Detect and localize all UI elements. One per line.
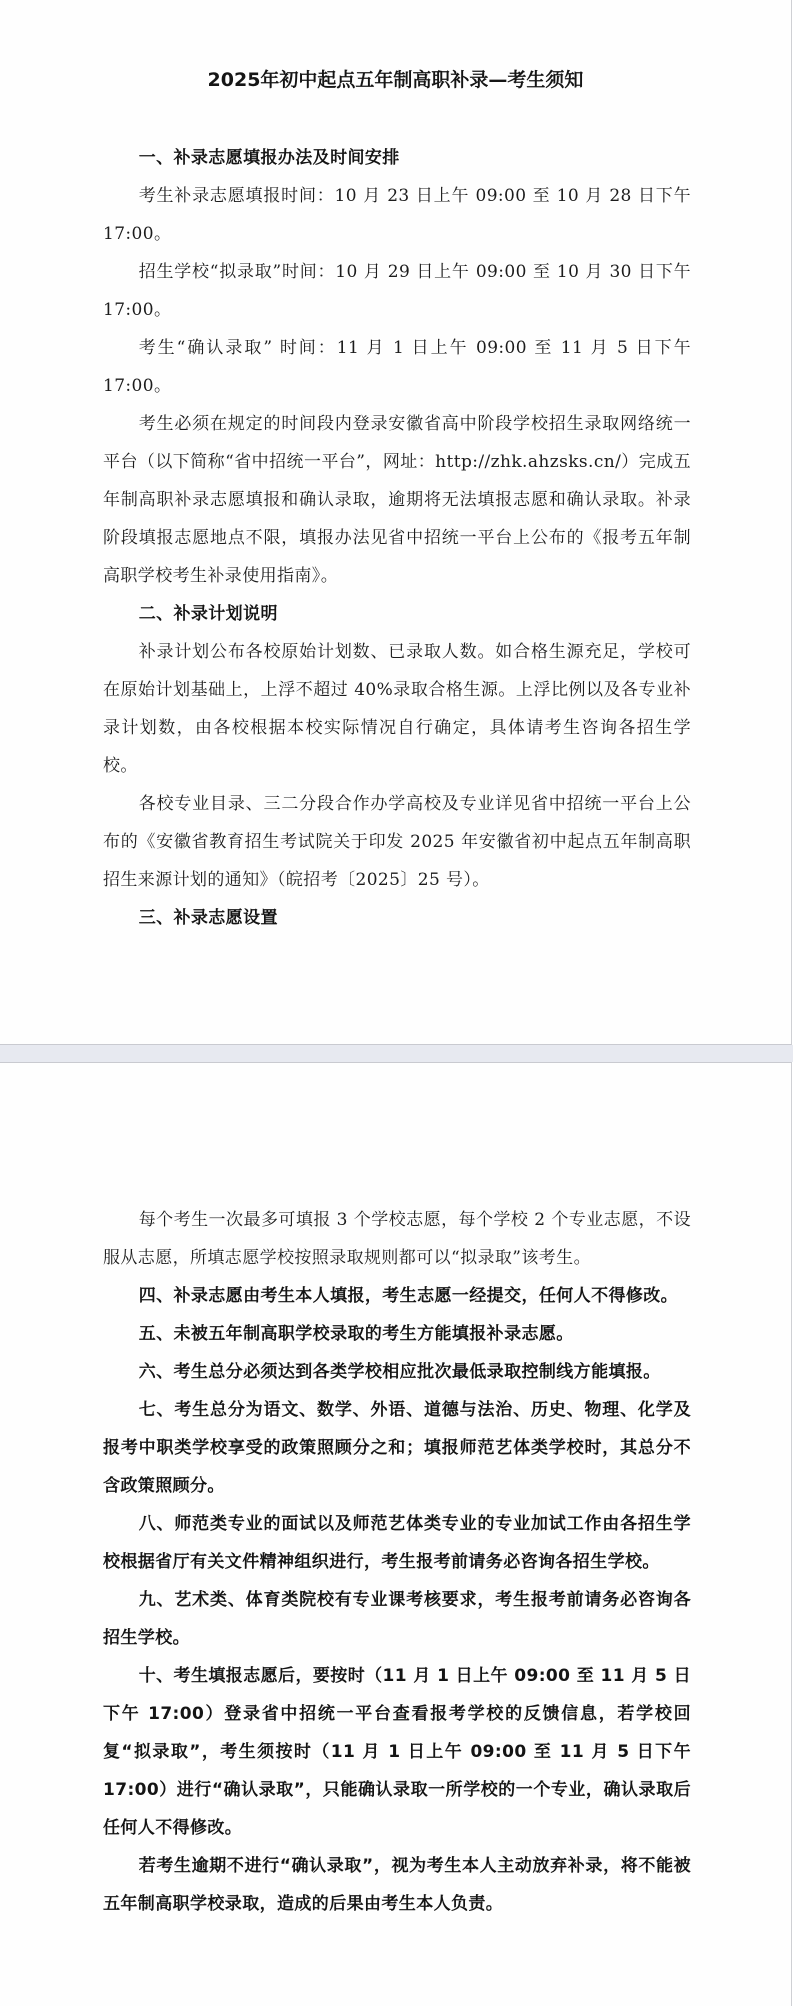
paragraph-plan-publication: 补录计划公布各校原始计划数、已录取人数。如合格生源充足，学校可在原始计划基础上，… — [103, 633, 691, 785]
page-break-separator — [0, 1045, 793, 1062]
paragraph-overdue-warning: 若考生逾期不进行“确认录取”，视为考生本人主动放弃补录，将不能被五年制高职学校录… — [103, 1847, 691, 1923]
paragraph-major-catalog: 各校专业目录、三二分段合作办学高校及专业详见省中招统一平台上公布的《安徽省教育招… — [103, 785, 691, 899]
rule-item-4: 四、补录志愿由考生本人填报，考生志愿一经提交，任何人不得修改。 — [103, 1277, 691, 1315]
rule-item-7: 七、考生总分为语文、数学、外语、道德与法治、历史、物理、化学及报考中职类学校享受… — [103, 1391, 691, 1505]
section-heading-1: 一、补录志愿填报办法及时间安排 — [103, 139, 691, 177]
paragraph-provisional-admission-time: 招生学校“拟录取”时间：10 月 29 日上午 09:00 至 10 月 30 … — [103, 253, 691, 329]
paragraph-platform-login: 考生必须在规定的时间段内登录安徽省高中阶段学校招生录取网络统一平台（以下简称“省… — [103, 405, 691, 595]
rule-item-9: 九、艺术类、体育类院校有专业课考核要求，考生报考前请务必咨询各招生学校。 — [103, 1581, 691, 1657]
paragraph-fill-time: 考生补录志愿填报时间：10 月 23 日上午 09:00 至 10 月 28 日… — [103, 177, 691, 253]
rule-item-5: 五、未被五年制高职学校录取的考生方能填报补录志愿。 — [103, 1315, 691, 1353]
rule-item-10: 十、考生填报志愿后，要按时（11 月 1 日上午 09:00 至 11 月 5 … — [103, 1657, 691, 1847]
page-2-content: 每个考生一次最多可填报 3 个学校志愿，每个学校 2 个专业志愿，不设服从志愿，… — [103, 1201, 691, 1923]
rule-item-8: 八、师范类专业的面试以及师范艺体类专业的专业加试工作由各招生学校根据省厅有关文件… — [103, 1505, 691, 1581]
paragraph-volunteer-limits: 每个考生一次最多可填报 3 个学校志愿，每个学校 2 个专业志愿，不设服从志愿，… — [103, 1201, 691, 1277]
section-heading-2: 二、补录计划说明 — [103, 595, 691, 633]
page-1-content: 一、补录志愿填报办法及时间安排 考生补录志愿填报时间：10 月 23 日上午 0… — [103, 139, 691, 937]
document-title: 2025年初中起点五年制高职补录—考生须知 — [0, 62, 791, 98]
document-page-1: 2025年初中起点五年制高职补录—考生须知 一、补录志愿填报办法及时间安排 考生… — [0, 0, 792, 1045]
section-heading-3: 三、补录志愿设置 — [103, 899, 691, 937]
paragraph-confirm-admission-time: 考生“确认录取” 时间：11 月 1 日上午 09:00 至 11 月 5 日下… — [103, 329, 691, 405]
rule-item-6: 六、考生总分必须达到各类学校相应批次最低录取控制线方能填报。 — [103, 1353, 691, 1391]
